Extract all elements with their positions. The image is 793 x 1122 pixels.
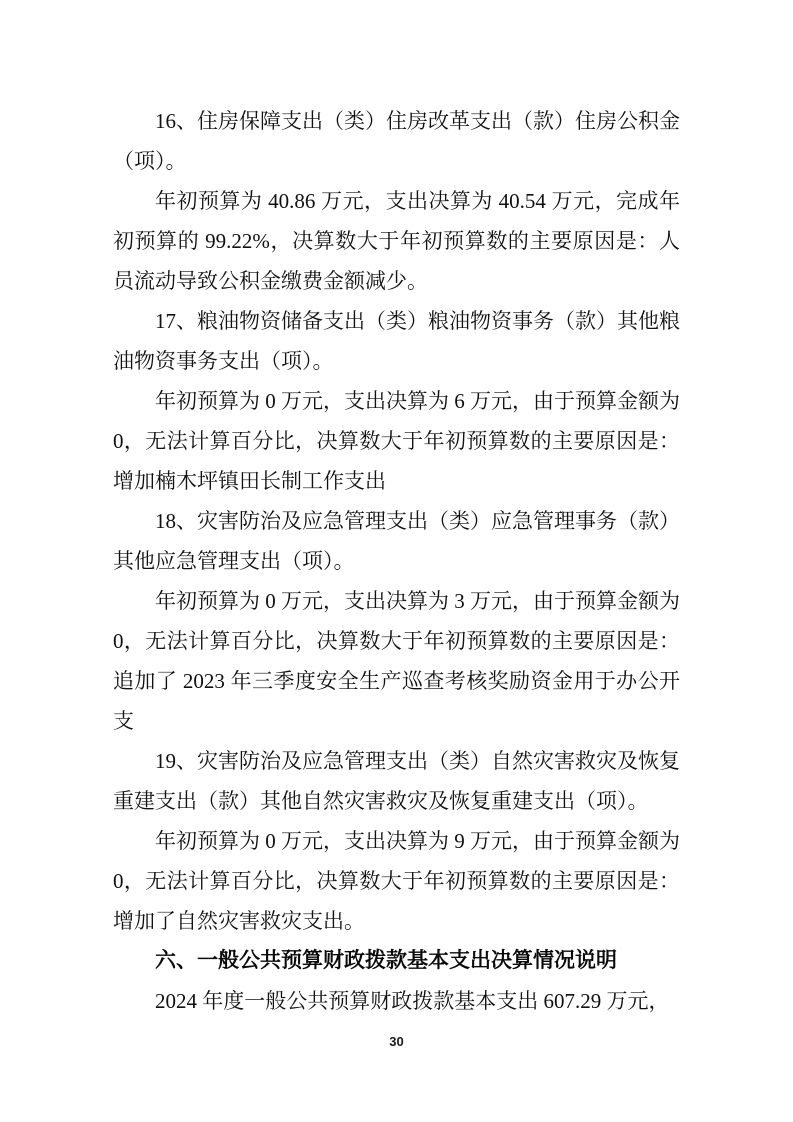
section-six-heading: 六、一般公共预算财政拨款基本支出决算情况说明 <box>113 941 680 981</box>
para-item-19-detail: 年初预算为 0 万元，支出决算为 9 万元，由于预算金额为 0，无法计算百分比，… <box>113 821 680 941</box>
para-item-19-title: 19、灾害防治及应急管理支出（类）自然灾害救灾及恢复重建支出（款）其他自然灾害救… <box>113 741 680 821</box>
document-page: 16、住房保障支出（类）住房改革支出（款）住房公积金（项）。 年初预算为 40.… <box>0 0 793 1122</box>
para-item-18-title: 18、灾害防治及应急管理支出（类）应急管理事务（款）其他应急管理支出（项）。 <box>113 501 680 581</box>
para-item-18-detail: 年初预算为 0 万元，支出决算为 3 万元，由于预算金额为 0，无法计算百分比，… <box>113 581 680 741</box>
para-section-six-intro: 2024 年度一般公共预算财政拨款基本支出 607.29 万元， <box>113 981 680 1021</box>
para-item-16-detail: 年初预算为 40.86 万元，支出决算为 40.54 万元，完成年初预算的 99… <box>113 181 680 301</box>
para-item-16-title: 16、住房保障支出（类）住房改革支出（款）住房公积金（项）。 <box>113 101 680 181</box>
text-block: 16、住房保障支出（类）住房改革支出（款）住房公积金（项）。 年初预算为 40.… <box>113 101 680 1021</box>
para-item-17-title: 17、粮油物资储备支出（类）粮油物资事务（款）其他粮油物资事务支出（项）。 <box>113 301 680 381</box>
page-number: 30 <box>0 1034 793 1049</box>
para-item-17-detail: 年初预算为 0 万元，支出决算为 6 万元，由于预算金额为 0，无法计算百分比，… <box>113 381 680 501</box>
